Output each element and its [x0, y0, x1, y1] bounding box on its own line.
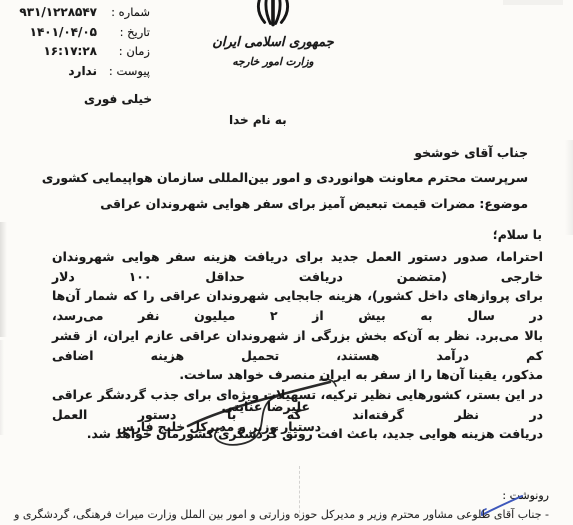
header-field-label: شماره : — [104, 5, 150, 19]
bismillah-line: به نام خدا — [229, 113, 287, 127]
cc-recipient-line: - جناب آقای طلوعی مشاور محترم وزیر و مدی… — [12, 508, 549, 521]
salutation: با سلام؛ — [493, 227, 542, 242]
subject-line: موضوع: مضرات قیمت تبعیض آمیز برای سفر هو… — [42, 196, 528, 211]
recipient-block: جناب آقای خوشخو سرپرست محترم معاونت هوان… — [42, 145, 528, 211]
scan-smudge — [0, 340, 4, 435]
scan-smudge — [565, 140, 573, 235]
header-field-value: ۱۶:۱۷:۲۸ — [43, 44, 97, 58]
header-fields: شماره : ۹۳۱/۱۲۲۸۵۴۷ تاریخ : ۱۴۰۱/۰۴/۰۵ ز… — [18, 2, 150, 81]
header-field-label: زمان : — [104, 44, 150, 58]
body-line: مذکور، یقینا آن‌ها را از سفر به ایران من… — [52, 365, 543, 385]
signature-title: دستیار وزیر و مدیرکل خلیج فارس — [117, 420, 321, 434]
header-field-row-attachment: پیوست : ندارد — [18, 61, 150, 81]
body-line: احتراما، صدور دستور العمل جدید برای دریا… — [52, 247, 543, 286]
header-field-row-date: تاریخ : ۱۴۰۱/۰۴/۰۵ — [18, 22, 150, 42]
header-field-label: پیوست : — [104, 64, 150, 78]
letterhead-country: جمهوری اسلامی ایران — [203, 35, 343, 50]
recipient-title: سرپرست محترم معاونت هوانوردی و امور بین‌… — [42, 170, 528, 185]
letterhead: جمهوری اسلامی ایران وزارت امور خارجه — [203, 0, 343, 68]
header-field-row-number: شماره : ۹۳۱/۱۲۲۸۵۴۷ — [18, 2, 150, 22]
header-field-value: ندارد — [68, 64, 97, 78]
recipient-name: جناب آقای خوشخو — [42, 145, 528, 160]
urgency-stamp: خیلی فوری — [84, 92, 152, 106]
header-field-row-time: زمان : ۱۶:۱۷:۲۸ — [18, 41, 150, 61]
header-field-value: ۱۴۰۱/۰۴/۰۵ — [30, 25, 97, 39]
scan-smudge — [0, 222, 7, 337]
scan-smudge — [503, 0, 563, 5]
header-field-value: ۹۳۱/۱۲۲۸۵۴۷ — [19, 5, 97, 19]
body-paragraphs: احتراما، صدور دستور العمل جدید برای دریا… — [52, 247, 543, 444]
letter-page: شماره : ۹۳۱/۱۲۲۸۵۴۷ تاریخ : ۱۴۰۱/۰۴/۰۵ ز… — [0, 0, 573, 525]
iran-emblem-icon — [247, 0, 299, 34]
body-line: بالا می‌برد. نظر به آن‌که بخش بزرگی از ش… — [52, 326, 543, 365]
signature-name: علیرضا عنایتی — [222, 399, 310, 414]
header-field-label: تاریخ : — [104, 25, 150, 39]
body-line: برای پروازهای داخل کشور)، هزینه جابجایی … — [52, 286, 543, 325]
letterhead-ministry: وزارت امور خارجه — [203, 56, 343, 68]
